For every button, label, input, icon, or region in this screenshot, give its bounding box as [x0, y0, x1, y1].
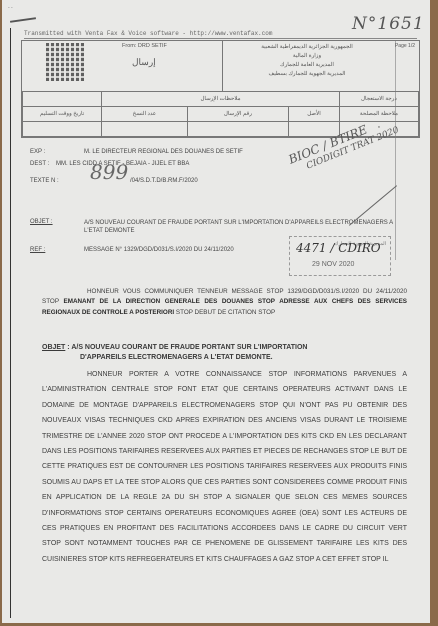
paragraph-body: HONNEUR PORTER A VOTRE CONNAISSANCE STOP… — [42, 367, 407, 567]
objet2-line2: D'APPAREILS ELECTROMENAGERS A L'ETAT DEM… — [42, 353, 407, 363]
corner-mark: - - — [8, 5, 13, 11]
table-cell — [23, 122, 102, 137]
dest-label: DEST : — [30, 161, 56, 167]
table-cell: تاريخ ووقت التسليم — [23, 107, 102, 122]
objet-label: OBJET : — [30, 219, 84, 225]
table-cell: الأصل — [289, 107, 340, 122]
table-cell: عدد النسخ — [102, 107, 187, 122]
paragraph-intro: HONNEUR VOUS COMMUNIQUER TENNEUR MESSAGE… — [42, 287, 407, 318]
objet2-line1: : A/S NOUVEAU COURANT DE FRAUDE PORTANT … — [67, 344, 307, 351]
handwritten-texte-number: 899 — [90, 160, 128, 184]
stamp-date: 29 NOV 2020 — [312, 261, 354, 268]
arabic-send-label: إرسال — [132, 57, 156, 68]
arabic-line: المديرية الجهوية للجمارك بسطيف — [232, 70, 382, 79]
arabic-line: وزارة المالية — [232, 52, 382, 61]
arabic-line: المديرية العامة للجمارك — [232, 61, 382, 70]
arabic-institution-block: الجمهورية الجزائرية الديمقراطية الشعبية … — [232, 43, 382, 79]
remarks-header: ملاحظات الإرسال — [102, 92, 340, 107]
page-label: Page 1/2 — [395, 43, 415, 49]
exp-label: EXP : — [30, 149, 84, 155]
pen-stroke — [10, 17, 36, 23]
stamp-handwritten-number: 4471 / CDIRO — [296, 241, 381, 255]
qr-code-icon — [46, 43, 84, 81]
texte-suffix: /04/S.D.T.D/B.RM.F/2020 — [130, 178, 198, 184]
header-top: From: DRD SETIF إرسال الجمهورية الجزائري… — [22, 41, 419, 92]
table-cell: رقم الإرسال — [187, 107, 289, 122]
table-row: درجة الاستعجال ملاحظات الإرسال — [23, 92, 419, 107]
objet-section: OBJET : A/S NOUVEAU COURANT DE FRAUDE PO… — [42, 343, 407, 362]
objet-value: A/S NOUVEAU COURANT DE FRAUDE PORTANT SU… — [84, 219, 394, 235]
scanned-document-page: - - N°1651 Transmitted with Venta Fax & … — [2, 0, 430, 623]
arabic-line: الجمهورية الجزائرية الديمقراطية الشعبية — [232, 43, 382, 52]
exp-value: M. LE DIRECTEUR REGIONAL DES DOUANES DE … — [84, 149, 243, 155]
objet2-label: OBJET — [42, 344, 65, 351]
table-cell — [187, 122, 289, 137]
objet-row: OBJET : — [30, 219, 84, 225]
fax-banner: Transmitted with Venta Fax & Voice softw… — [24, 30, 272, 37]
reception-stamp: المديرية الجهوية للجمارك 4471 / CDIRO 29… — [289, 236, 391, 276]
ref-value: MESSAGE N° 1329/DGD/D031/S.I/2020 DU 24/… — [84, 247, 234, 253]
from-label: From: DRD SETIF — [122, 43, 167, 49]
urgency-header: درجة الاستعجال — [339, 92, 418, 107]
texte-row: TEXTE N : — [30, 178, 84, 184]
ref-row: REF :MESSAGE N° 1329/DGD/D031/S.I/2020 D… — [30, 247, 234, 253]
texte-label: TEXTE N : — [30, 178, 84, 184]
fax-banner-rule — [24, 38, 417, 39]
margin-line — [10, 28, 11, 618]
exp-row: EXP :M. LE DIRECTEUR REGIONAL DES DOUANE… — [30, 149, 243, 155]
blank-cell — [23, 92, 102, 107]
handwritten-registry-number: N°1651 — [352, 14, 425, 34]
header-divider — [222, 41, 223, 91]
ref-label: REF : — [30, 247, 84, 253]
table-cell — [102, 122, 187, 137]
